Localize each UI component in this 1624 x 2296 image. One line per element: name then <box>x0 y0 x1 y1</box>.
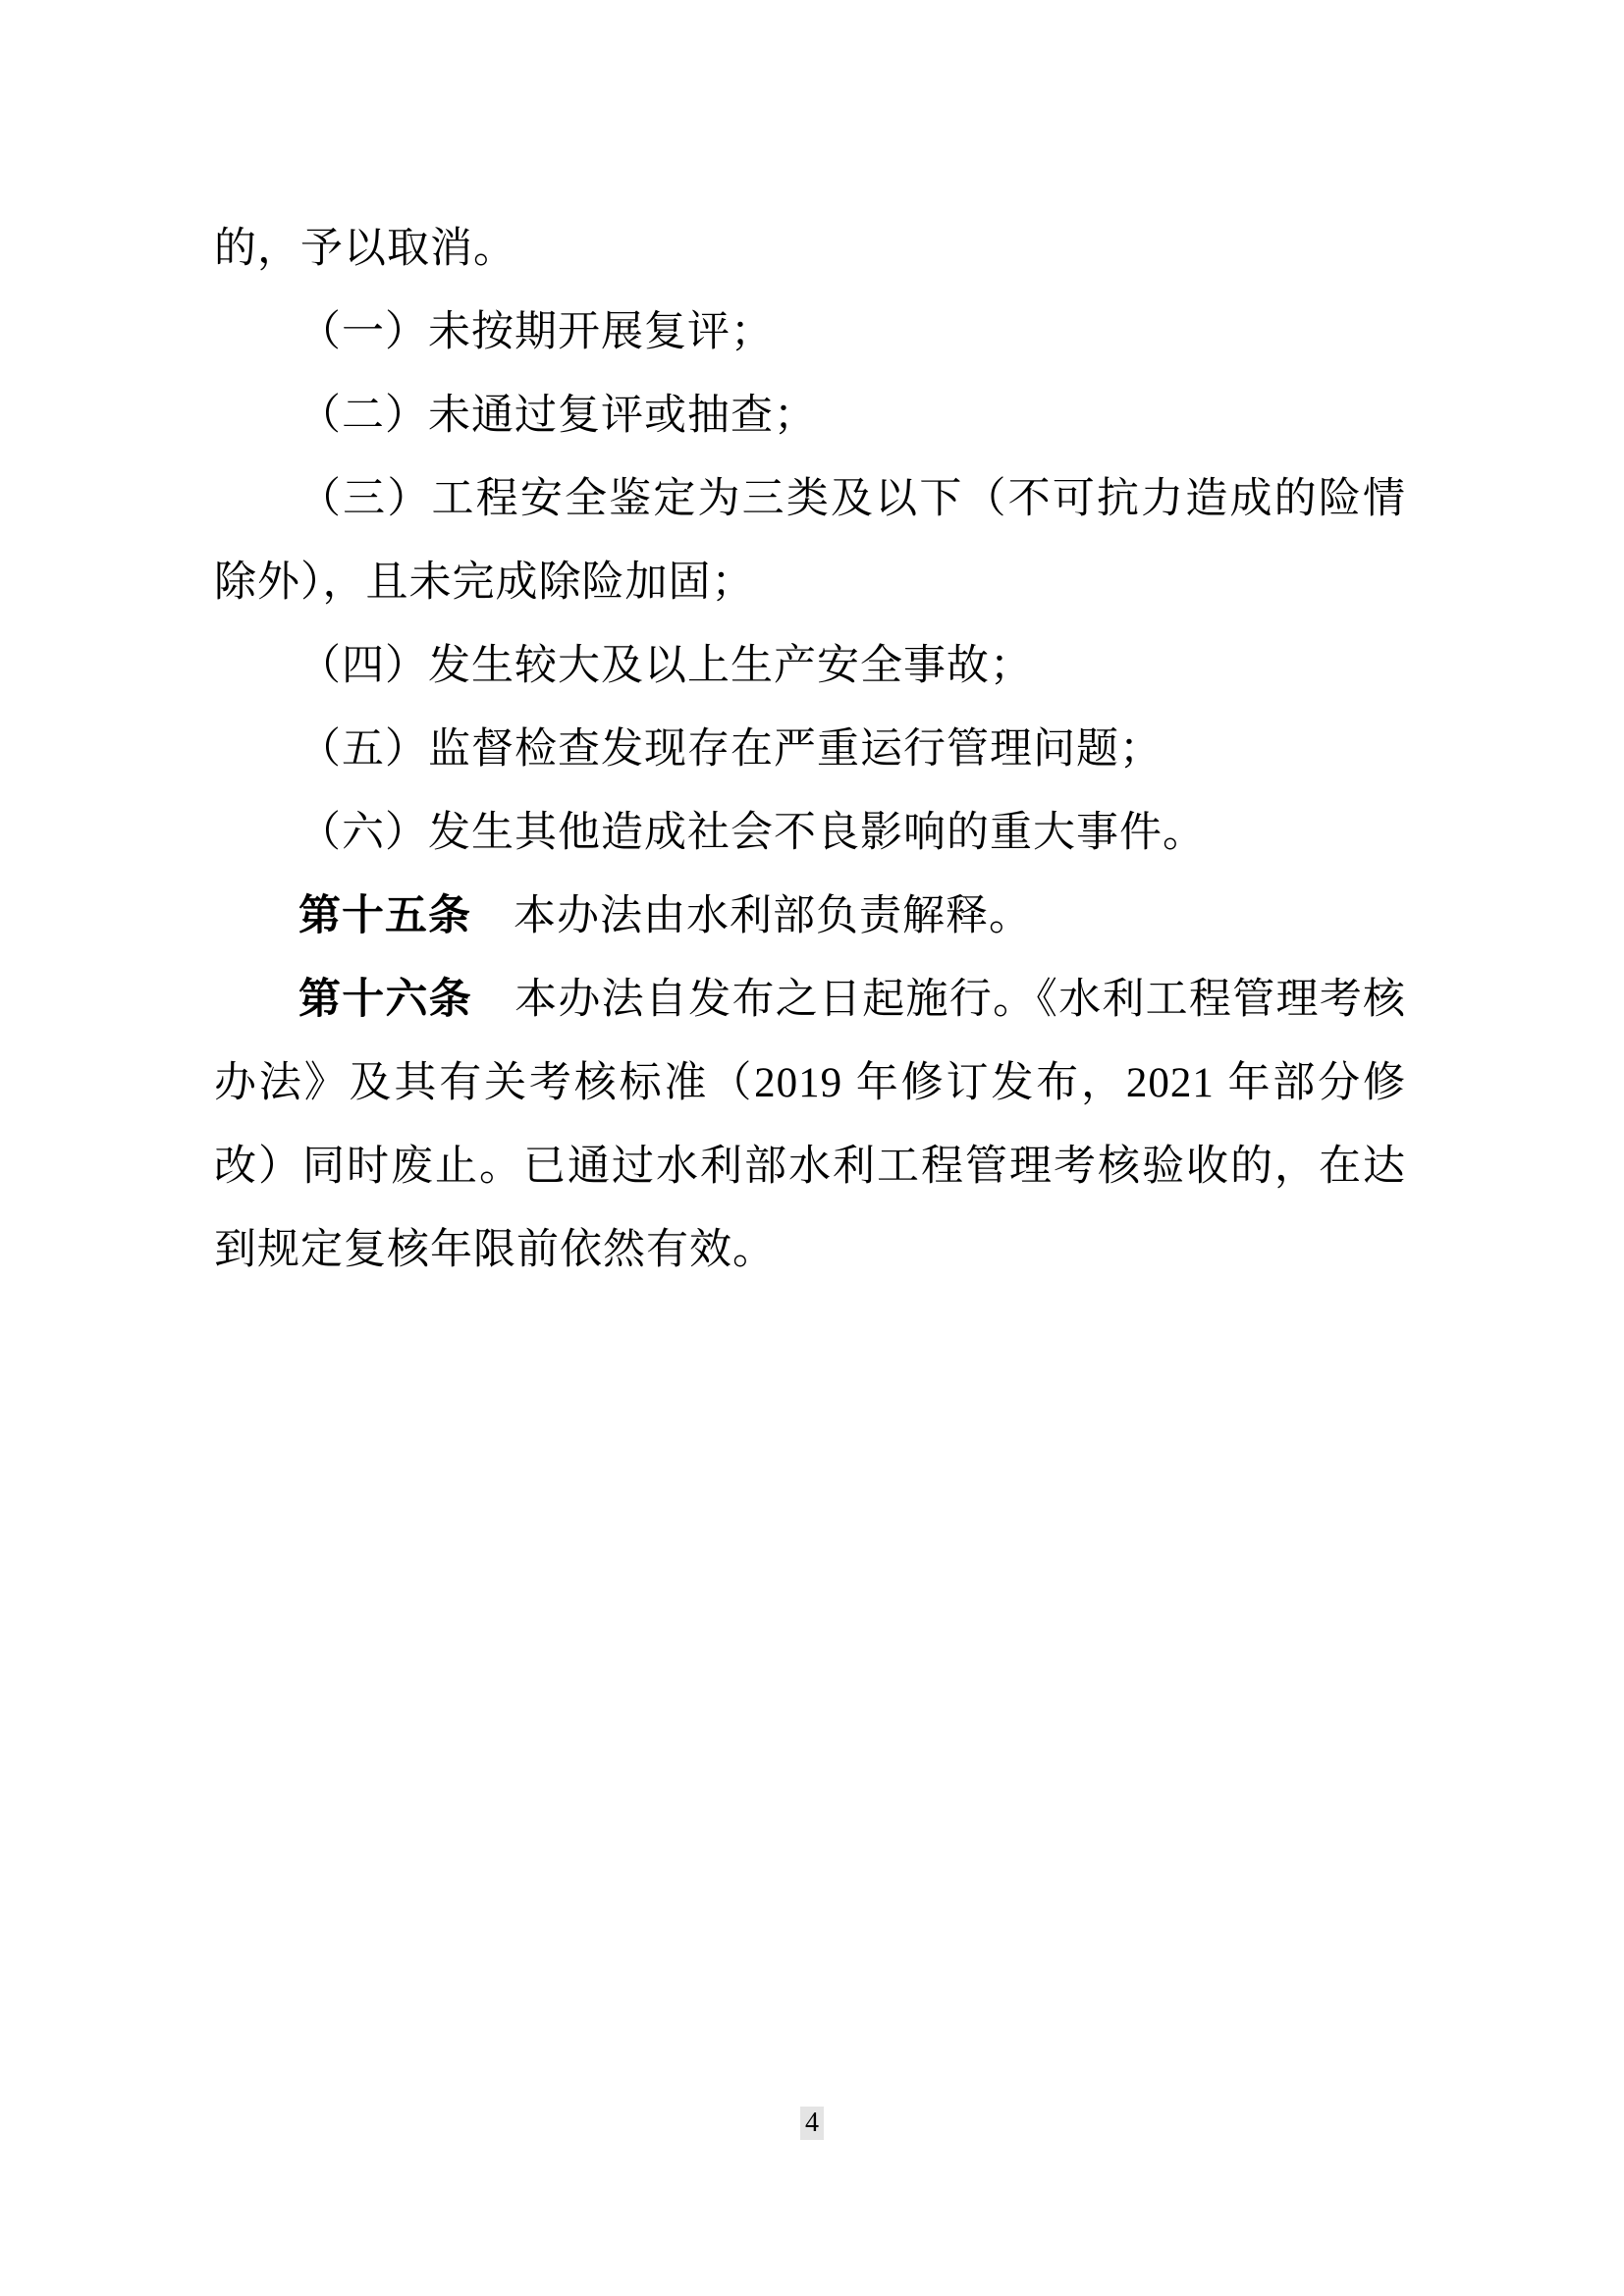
page-number: 4 <box>800 2107 824 2140</box>
paragraph-text: （三）工程安全鉴定为三类及以下（不可抗力造成的险情除外），且未完成除险加固； <box>214 476 1406 606</box>
document-body: 的，予以取消。（一）未按期开展复评；（二）未通过复评或抽查；（三）工程安全鉴定为… <box>214 207 1406 1292</box>
paragraph-text: （二）未通过复评或抽查； <box>298 393 817 439</box>
paragraph: （四）发生较大及以上生产安全事故； <box>214 624 1406 708</box>
paragraph: （六）发生其他造成社会不良影响的重大事件。 <box>214 791 1406 875</box>
paragraph-text: 的，予以取消。 <box>214 226 516 272</box>
paragraph: 的，予以取消。 <box>214 207 1406 291</box>
article-number: 第十五条 <box>298 893 471 939</box>
document-page: 的，予以取消。（一）未按期开展复评；（二）未通过复评或抽查；（三）工程安全鉴定为… <box>0 0 1624 2296</box>
paragraph-text: （六）发生其他造成社会不良影响的重大事件。 <box>298 810 1206 856</box>
article-number: 第十六条 <box>298 977 472 1023</box>
paragraph-text: （四）发生较大及以上生产安全事故； <box>298 643 1033 689</box>
paragraph-text: （五）监督检查发现存在严重运行管理问题； <box>298 726 1163 773</box>
paragraph: 第十六条本办法自发布之日起施行。《水利工程管理考核办法》及其有关考核标准（201… <box>214 958 1406 1292</box>
paragraph-text: （一）未按期开展复评； <box>298 309 774 355</box>
paragraph: （二）未通过复评或抽查； <box>214 374 1406 457</box>
paragraph: （三）工程安全鉴定为三类及以下（不可抗力造成的险情除外），且未完成除险加固； <box>214 457 1406 624</box>
paragraph: （一）未按期开展复评； <box>214 291 1406 374</box>
page-footer: 4 <box>0 2107 1624 2140</box>
paragraph: （五）监督检查发现存在严重运行管理问题； <box>214 708 1406 791</box>
paragraph-text: 本办法由水利部负责解释。 <box>514 893 1032 939</box>
paragraph: 第十五条本办法由水利部负责解释。 <box>214 875 1406 958</box>
